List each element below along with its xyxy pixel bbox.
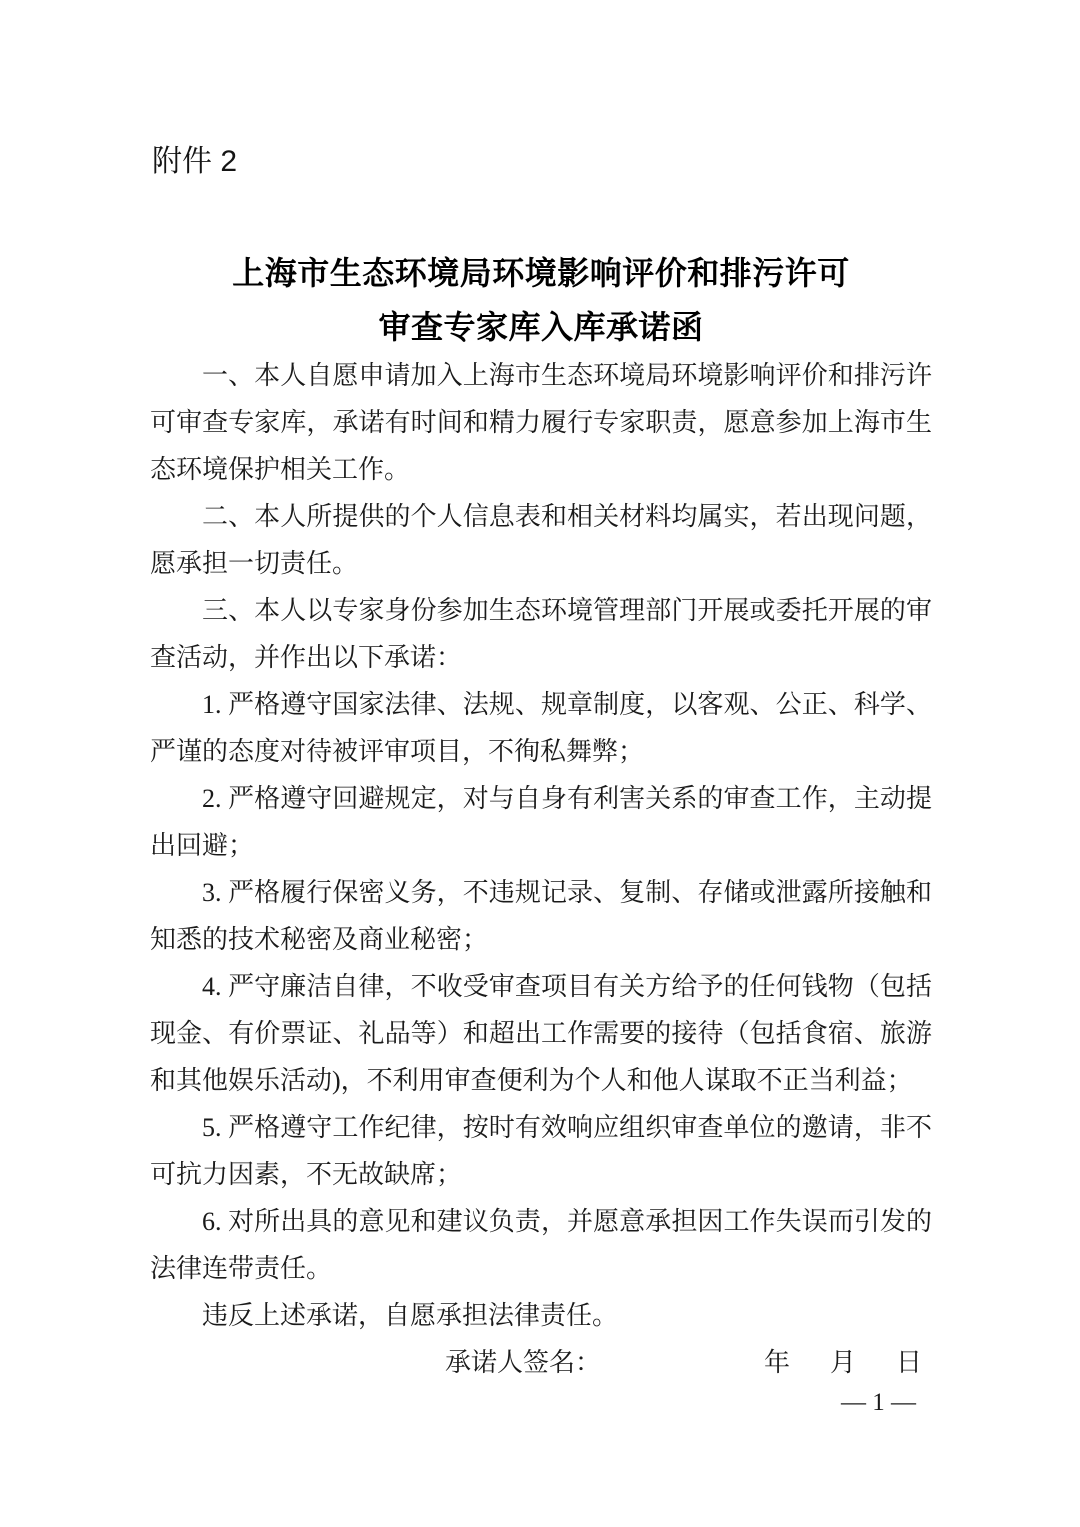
signature-date: 年 月 日 <box>764 1339 932 1386</box>
title-line-1: 上海市生态环境局环境影响评价和排污许可 <box>150 246 932 300</box>
list-item-6: 6. 对所出具的意见和建议负责，并愿意承担因工作失误而引发的法律连带责任。 <box>150 1198 932 1292</box>
attachment-label: 附件 2 <box>152 136 237 180</box>
paragraph-commitment-1: 一、本人自愿申请加入上海市生态环境局环境影响评价和排污许可审查专家库，承诺有时间… <box>150 352 932 493</box>
date-day-label: 日 <box>896 1339 922 1386</box>
document-page: 附件 2 上海市生态环境局环境影响评价和排污许可 审查专家库入库承诺函 一、本人… <box>0 0 1080 1527</box>
date-month-label: 月 <box>830 1339 856 1386</box>
signature-row: 承诺人签名： 年 月 日 <box>150 1339 932 1386</box>
date-year-label: 年 <box>764 1339 790 1386</box>
paragraph-violation-clause: 违反上述承诺，自愿承担法律责任。 <box>150 1292 932 1339</box>
list-item-5: 5. 严格遵守工作纪律，按时有效响应组织审查单位的邀请，非不可抗力因素，不无故缺… <box>150 1104 932 1198</box>
list-item-4: 4. 严守廉洁自律，不收受审查项目有关方给予的任何钱物（包括现金、有价票证、礼品… <box>150 963 932 1104</box>
signature-label: 承诺人签名： <box>445 1339 601 1386</box>
page-number: — 1 — <box>150 1382 932 1424</box>
document-body: 一、本人自愿申请加入上海市生态环境局环境影响评价和排污许可审查专家库，承诺有时间… <box>150 352 932 1424</box>
document-title: 上海市生态环境局环境影响评价和排污许可 审查专家库入库承诺函 <box>150 246 932 354</box>
paragraph-commitment-3: 三、本人以专家身份参加生态环境管理部门开展或委托开展的审查活动，并作出以下承诺： <box>150 587 932 681</box>
paragraph-commitment-2: 二、本人所提供的个人信息表和相关材料均属实，若出现问题，愿承担一切责任。 <box>150 493 932 587</box>
list-item-1: 1. 严格遵守国家法律、法规、规章制度，以客观、公正、科学、严谨的态度对待被评审… <box>150 681 932 775</box>
list-item-2: 2. 严格遵守回避规定，对与自身有利害关系的审查工作，主动提出回避； <box>150 775 932 869</box>
title-line-2: 审查专家库入库承诺函 <box>150 300 932 354</box>
list-item-3: 3. 严格履行保密义务，不违规记录、复制、存储或泄露所接触和知悉的技术秘密及商业… <box>150 869 932 963</box>
